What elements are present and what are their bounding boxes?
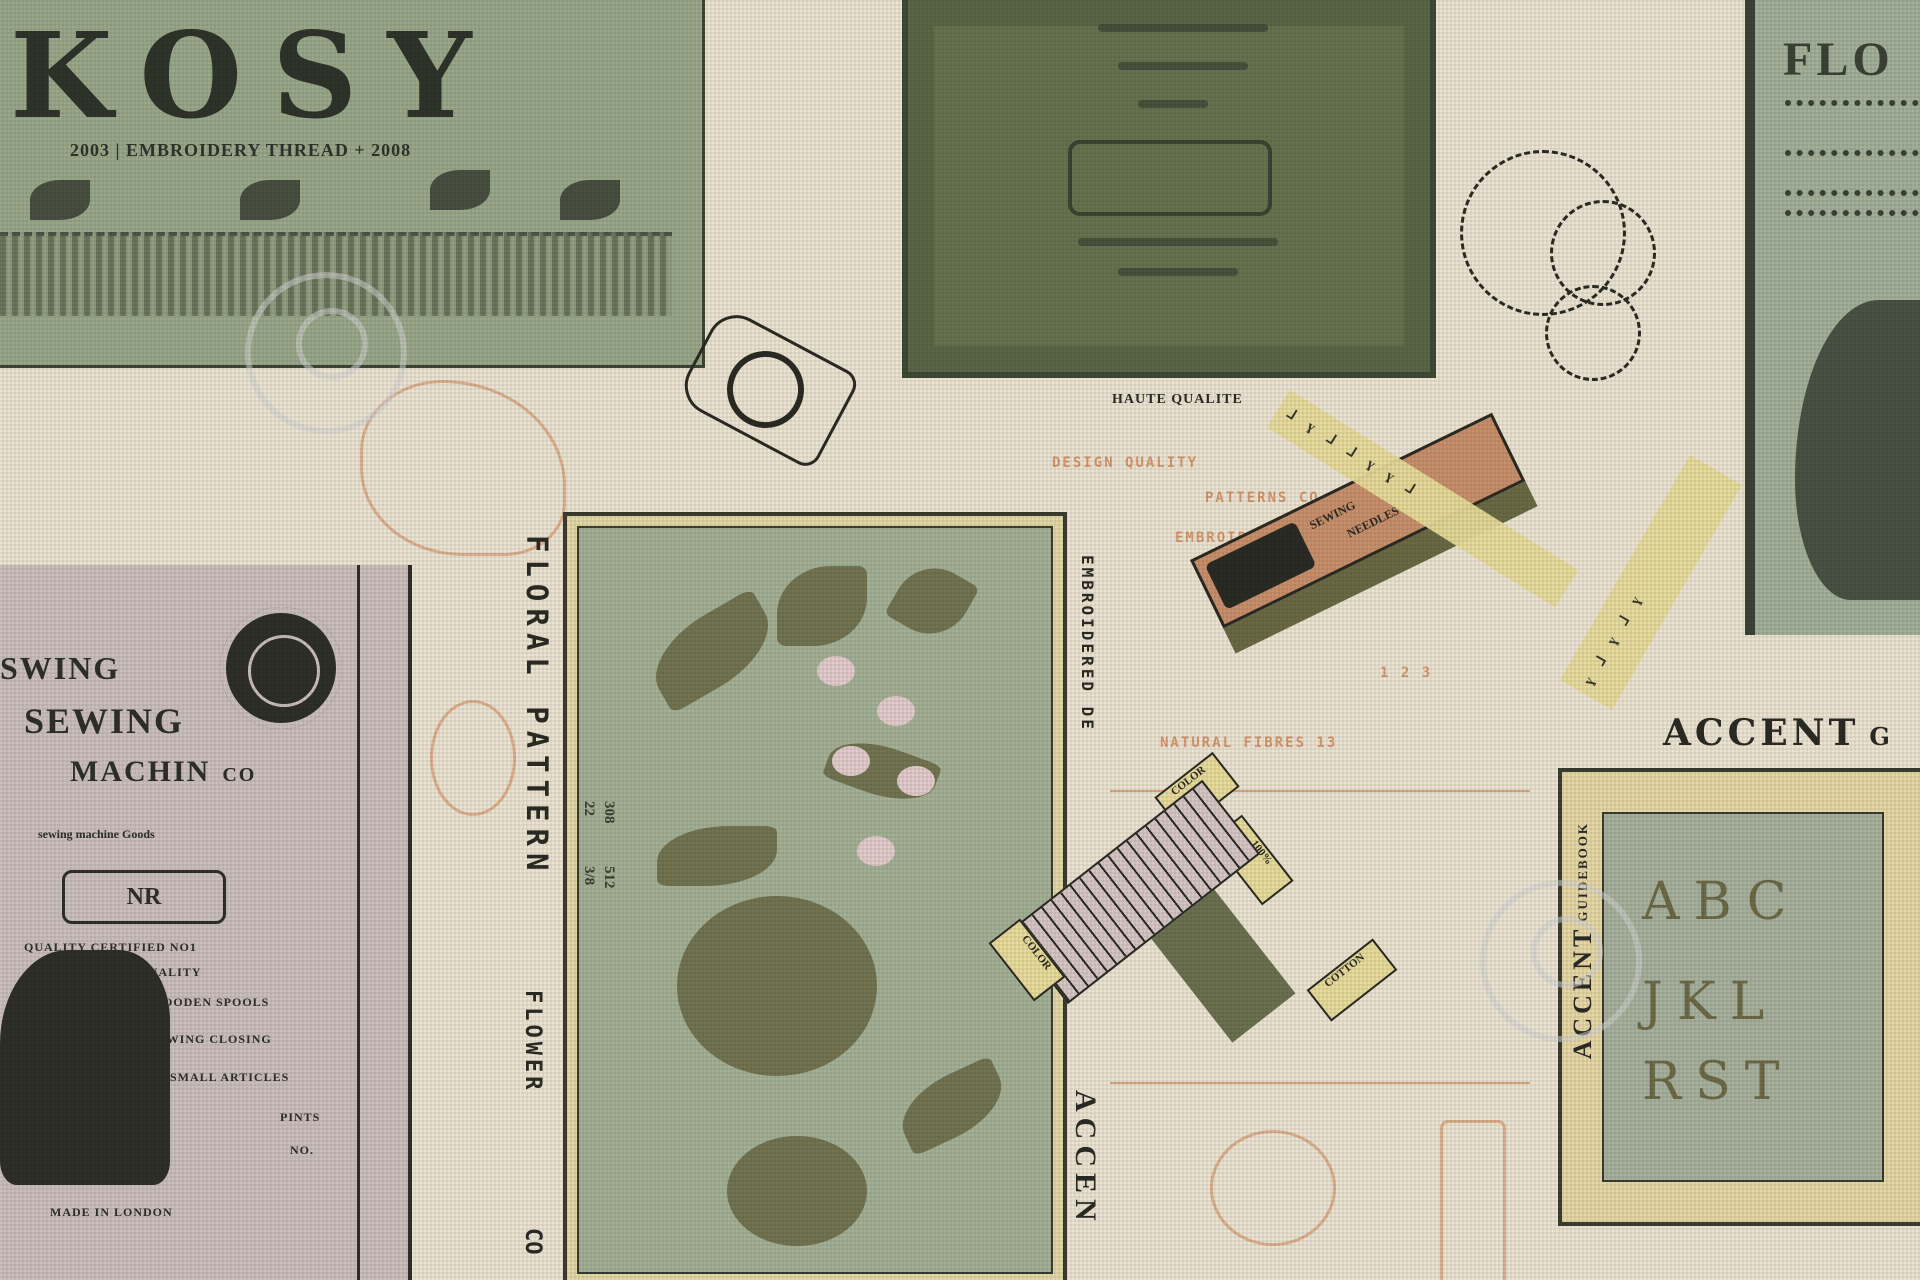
tape-marks: ɣ ᒧ ɣ ᒧ ɣ [1581,588,1649,688]
floral-leaf [884,553,980,649]
leaf-ornament [30,180,90,220]
orange-rule [1110,1082,1530,1084]
accent-text: ACCENT [1663,712,1859,754]
pink-blossom [817,656,855,686]
text-line [1118,268,1238,276]
text-line [1118,62,1248,70]
accent-cut-text: G [1869,722,1894,751]
alphabet-row: RST [1642,1052,1793,1112]
flower-vertical-text: FLOWER [520,990,545,1093]
kosy-title: KOSY [10,6,502,145]
flo-title: FLO [1783,32,1894,87]
orange-text: PATTERNS CO [1205,490,1320,506]
leaf-ornament [560,180,620,220]
pattern-number: 512 [600,866,617,889]
pattern-number: 308 [600,801,617,824]
sunburst-icon [1545,285,1641,381]
scissors-sketch [430,700,516,816]
tape-measure: ɣ ᒧ ɣ ᒧ ɣ [1560,455,1742,710]
label-row: PINTS [280,1110,320,1125]
machin-text: MACHIN [70,755,210,788]
quality-text: HAUTE QUALITE [1112,392,1243,408]
co-text: CO [222,764,256,786]
orange-text: 1 2 3 [1380,665,1432,681]
nr-plate: NR [62,870,226,924]
flo-label: FLO [1745,0,1920,635]
seamstress-illustration [0,950,170,1185]
floral-leaf [889,1056,1014,1157]
pink-blossom [832,746,870,776]
dotted-line [1785,210,1920,222]
dark-olive-label [902,0,1436,378]
alphabet-row: JKL [1642,972,1778,1032]
label-row: NO. [290,1143,314,1158]
sewing-word-1: SWING [0,650,120,687]
sewing-tagline: sewing machine Goods [38,827,155,842]
alphabet-row: ABC [1642,872,1801,932]
floral-pattern-vertical-text: FLORAL PATTERN [520,535,554,877]
rose-motif [727,1136,867,1246]
leaf-ornament [430,170,490,210]
pink-blossom [897,766,935,796]
sewing-machine-label: SWING SEWING MACHINCO sewing machine Goo… [0,565,412,1280]
accent-vertical-text: ACCEN [1068,1090,1102,1227]
pink-blossom [877,696,915,726]
dotted-line [1785,100,1920,112]
pattern-number: 3/8 [580,866,597,885]
embroidered-vertical-text: EMBROIDERED DE [1078,555,1097,732]
floral-leaf [638,588,786,714]
label-row: SMALL ARTICLES [170,1070,289,1085]
sewing-machine-sketch [360,380,566,556]
rose-motif [677,896,877,1076]
floral-leaf [777,566,867,646]
watermark-logo [245,272,407,434]
orange-text: DESIGN QUALITY [1052,455,1198,471]
text-line [1098,24,1268,32]
pink-blossom [857,836,895,866]
medal-icon [220,607,342,729]
needle-sketch [1440,1120,1506,1280]
spool-cap: COTTON [1307,938,1398,1021]
watermark-logo [1480,880,1642,1042]
floral-leaf [657,826,777,886]
scroll-border [357,565,400,1280]
yarn-ball-sketch [1210,1130,1336,1246]
label-row: MADE IN LONDON [50,1205,173,1220]
co-vertical-text: CO [520,1228,545,1255]
dotted-line [1785,190,1920,202]
bird-illustration [1795,300,1920,600]
dotted-line [1785,150,1920,162]
floral-pattern-label: 308 512 22 3/8 [563,512,1067,1280]
kosy-subtitle: 2003 | EMBROIDERY THREAD + 2008 [70,140,411,161]
name-plate [1068,140,1272,216]
pattern-number: 22 [580,801,597,816]
sewing-word-3: MACHINCO [70,755,256,789]
text-line [1138,100,1208,108]
orange-text: NATURAL FIBRES 13 [1160,735,1337,751]
accent-heading: ACCENTG [1663,712,1894,754]
text-line [1078,238,1278,246]
thimble-face [713,337,817,441]
sewing-word-2: SEWING [24,700,184,742]
leaf-ornament [240,180,300,220]
